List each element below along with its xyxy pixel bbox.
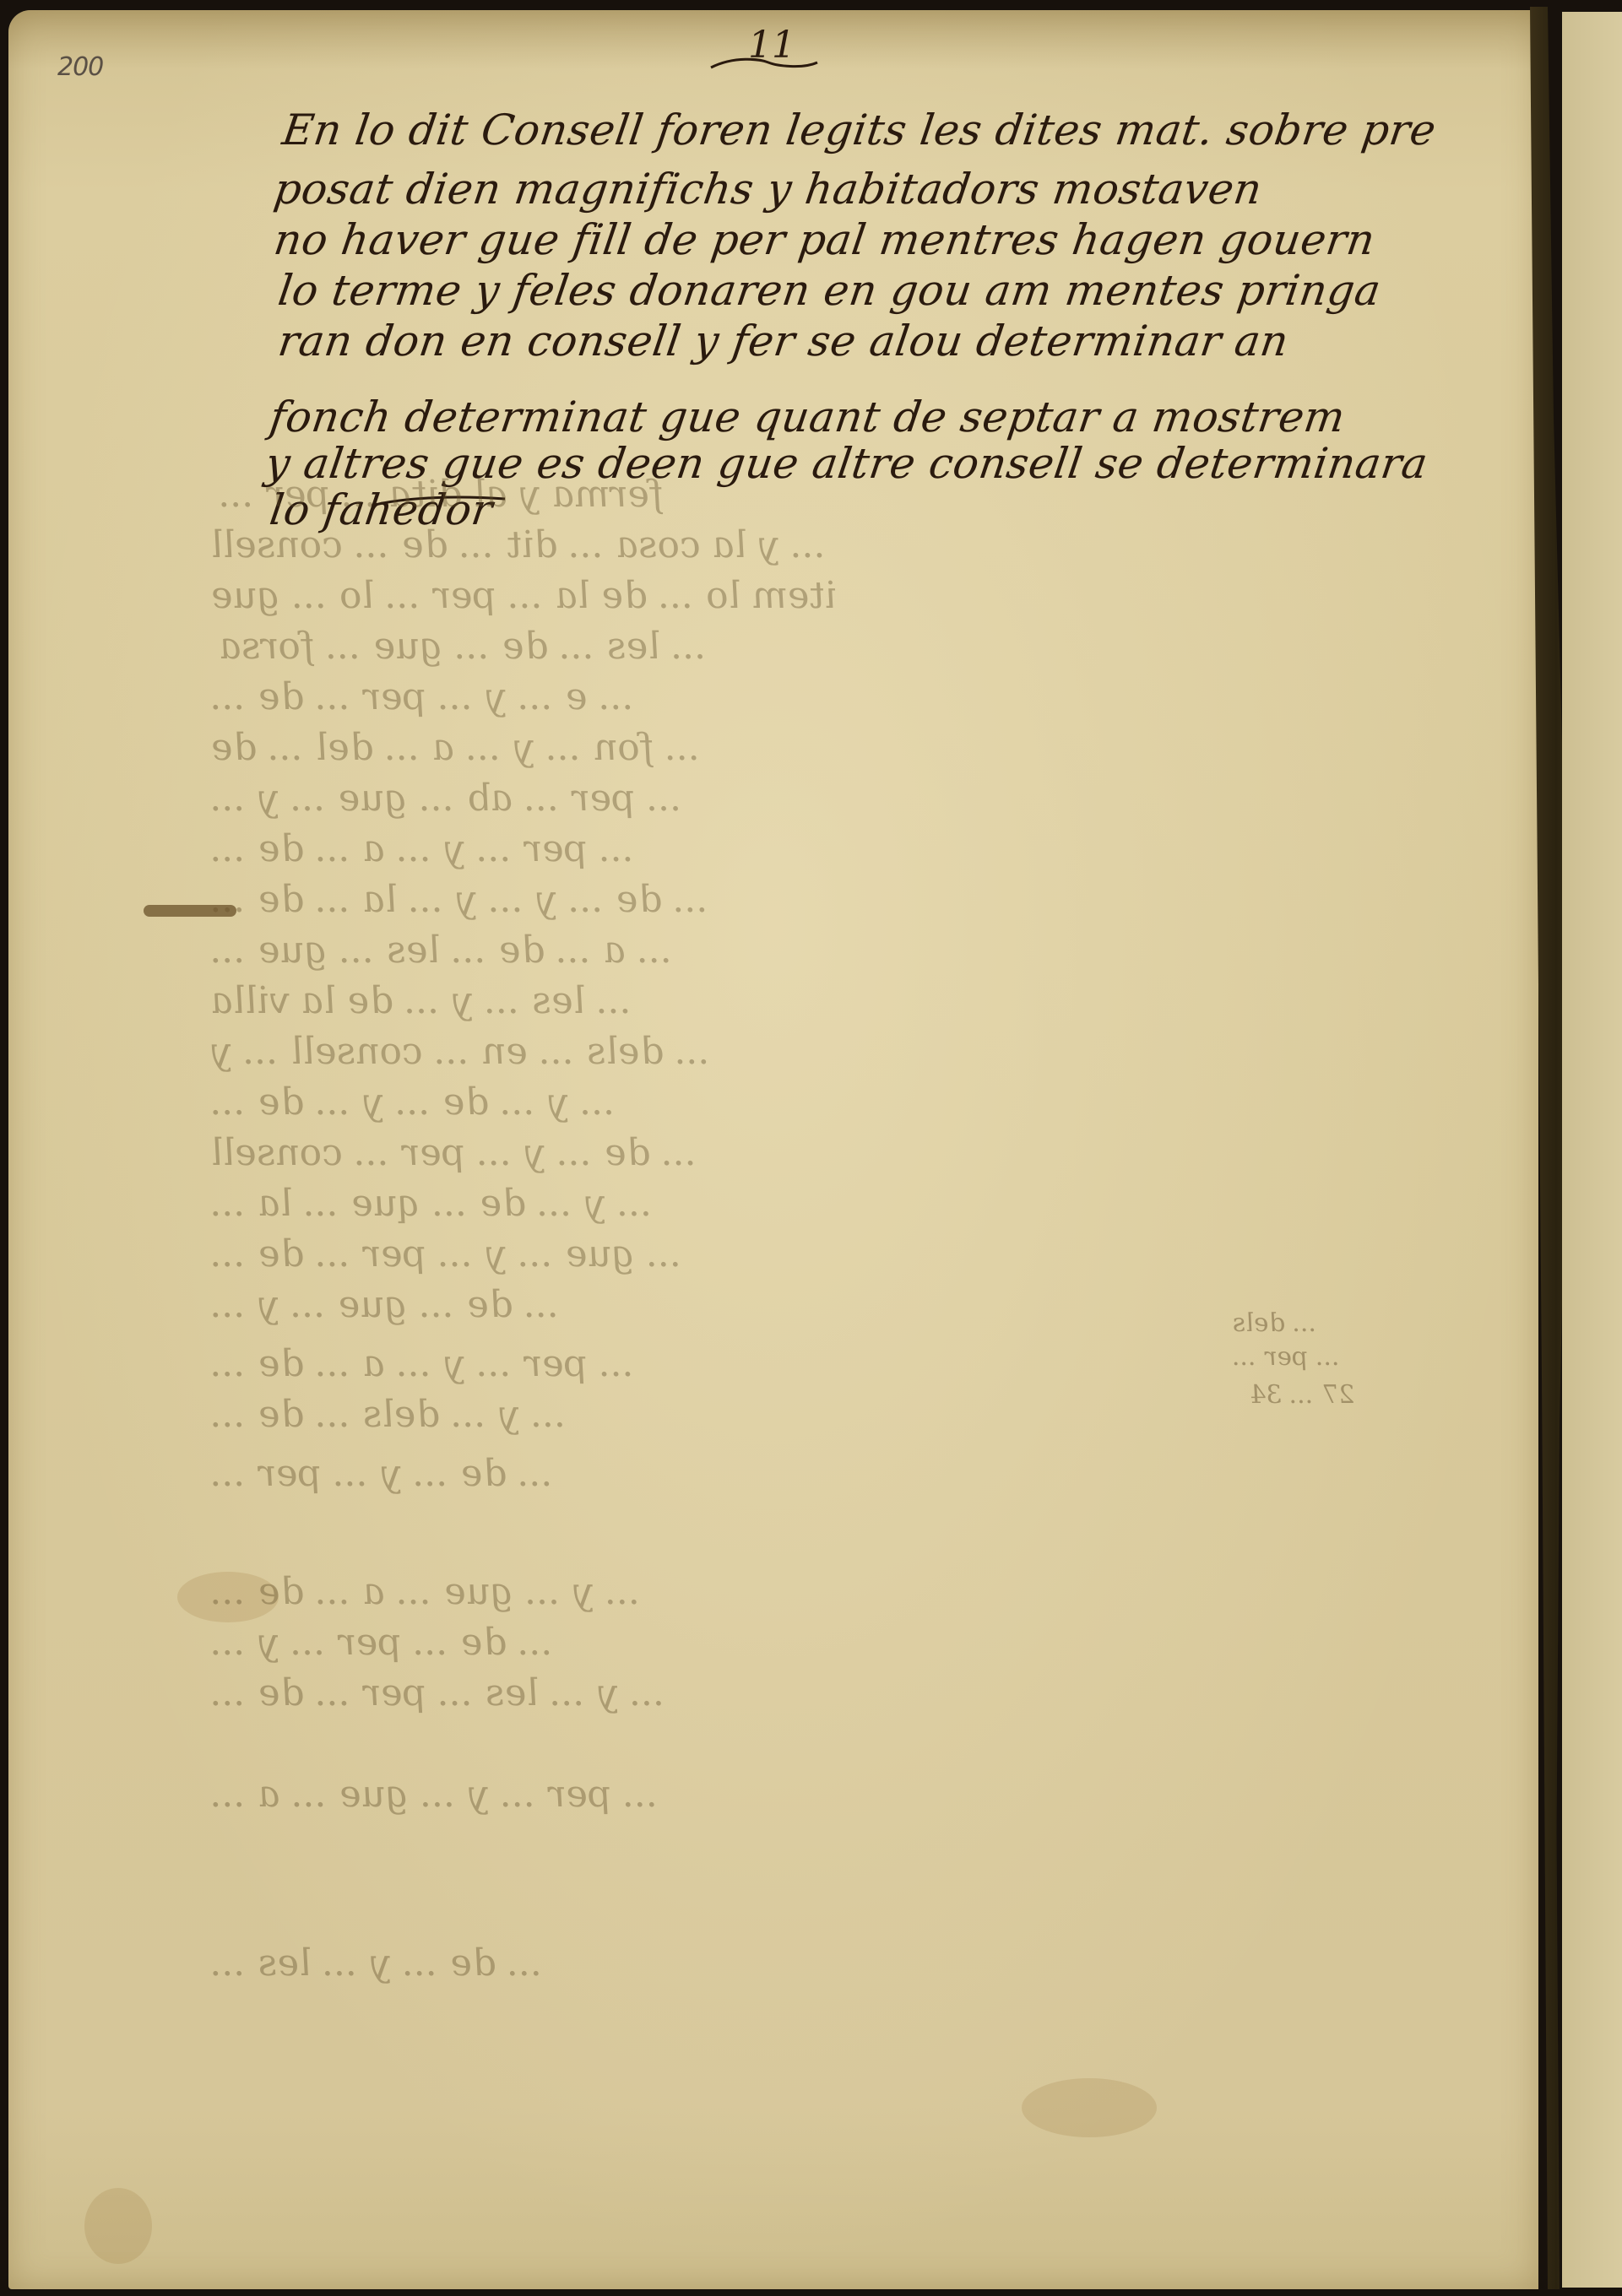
bleed-through-line: ... les ... y ... de la villa [208, 979, 635, 1022]
bleed-through-line: ... de ... y ... les ... [208, 1941, 546, 1985]
bleed-through-line: ... de ... y ... y ... la ... de ... [208, 878, 712, 921]
bleed-through-line: ... de ... y ... per ... [208, 1452, 556, 1495]
margin-note-line: ... dels [1231, 1308, 1320, 1338]
bleed-through-line: ... a ... de ... les ... gue ... [208, 929, 676, 972]
header-mark: 11 [709, 24, 819, 74]
bleed-through-line: ... les ... de ... gue ... forsa [216, 625, 710, 668]
adjacent-page-edge [1562, 12, 1622, 2288]
bleed-through-line: ... gue ... y ... per ... de ... [208, 1232, 686, 1275]
flourish-icon [709, 57, 819, 71]
bleed-through-line: ... e ... y ... per ... de ... [208, 675, 637, 718]
ink-blot [144, 905, 236, 917]
bleed-through-line: ... y ... gue ... a ... de ... [208, 1570, 644, 1613]
bleed-through-line: item lo ... de la ... per ... lo ... gue [208, 574, 839, 617]
bleed-through-line: ... fon ... y ... a ... del ... de [208, 726, 704, 769]
bleed-through-line: ... de ... gue ... y ... [208, 1283, 563, 1326]
bleed-through-line: ... dels ... en ... consell ... y [208, 1030, 713, 1073]
foxing-stain [84, 2188, 152, 2264]
bleed-through-line: ... y ... de ... que ... la ... [208, 1182, 656, 1225]
bleed-through-line: ... per ... ab ... gue ... y ... [208, 777, 686, 820]
bleed-through-line: ... de ... per ... y ... [208, 1621, 556, 1664]
text-line: fonch determinat gue quant de septar a m… [267, 393, 1348, 441]
text-line: lo terme y feles donaren en gou am mente… [275, 266, 1384, 315]
bleed-through-line: ... y ... de ... y ... de ... [208, 1080, 619, 1124]
foxing-stain [1022, 2078, 1157, 2137]
bleed-through-line: ... per ... y ... a ... de ... [208, 827, 637, 870]
text-line: no haver gue fill de per pal mentres hag… [271, 215, 1378, 264]
margin-note-line: ... per ... [1231, 1342, 1343, 1372]
text-line: posat dien magnifichs y habitadors mosta… [271, 165, 1265, 214]
bleed-through-line: ... per ... y ... a ... de ... [208, 1342, 637, 1385]
folio-number: 200 [57, 52, 103, 82]
bleed-through-line: ferma y al dita ... per ... [216, 473, 666, 516]
bleed-through-line: ... de ... y ... per ... consell [208, 1131, 700, 1174]
text-line: En lo dit Consell foren legits les dites… [279, 106, 1439, 154]
margin-note-line: 27 ... 34 [1248, 1380, 1357, 1410]
bleed-through-line: ... y ... dels ... de ... [208, 1393, 570, 1436]
text-line: ran don en consell y fer se alou determi… [275, 317, 1292, 366]
bleed-through-line: ... y la cosa ... dit ... de ... consell [208, 523, 829, 566]
bleed-through-line: ... per ... y ... gue ... a ... [208, 1773, 662, 1816]
bleed-through-line: ... y ... les ... per ... de ... [208, 1671, 669, 1714]
